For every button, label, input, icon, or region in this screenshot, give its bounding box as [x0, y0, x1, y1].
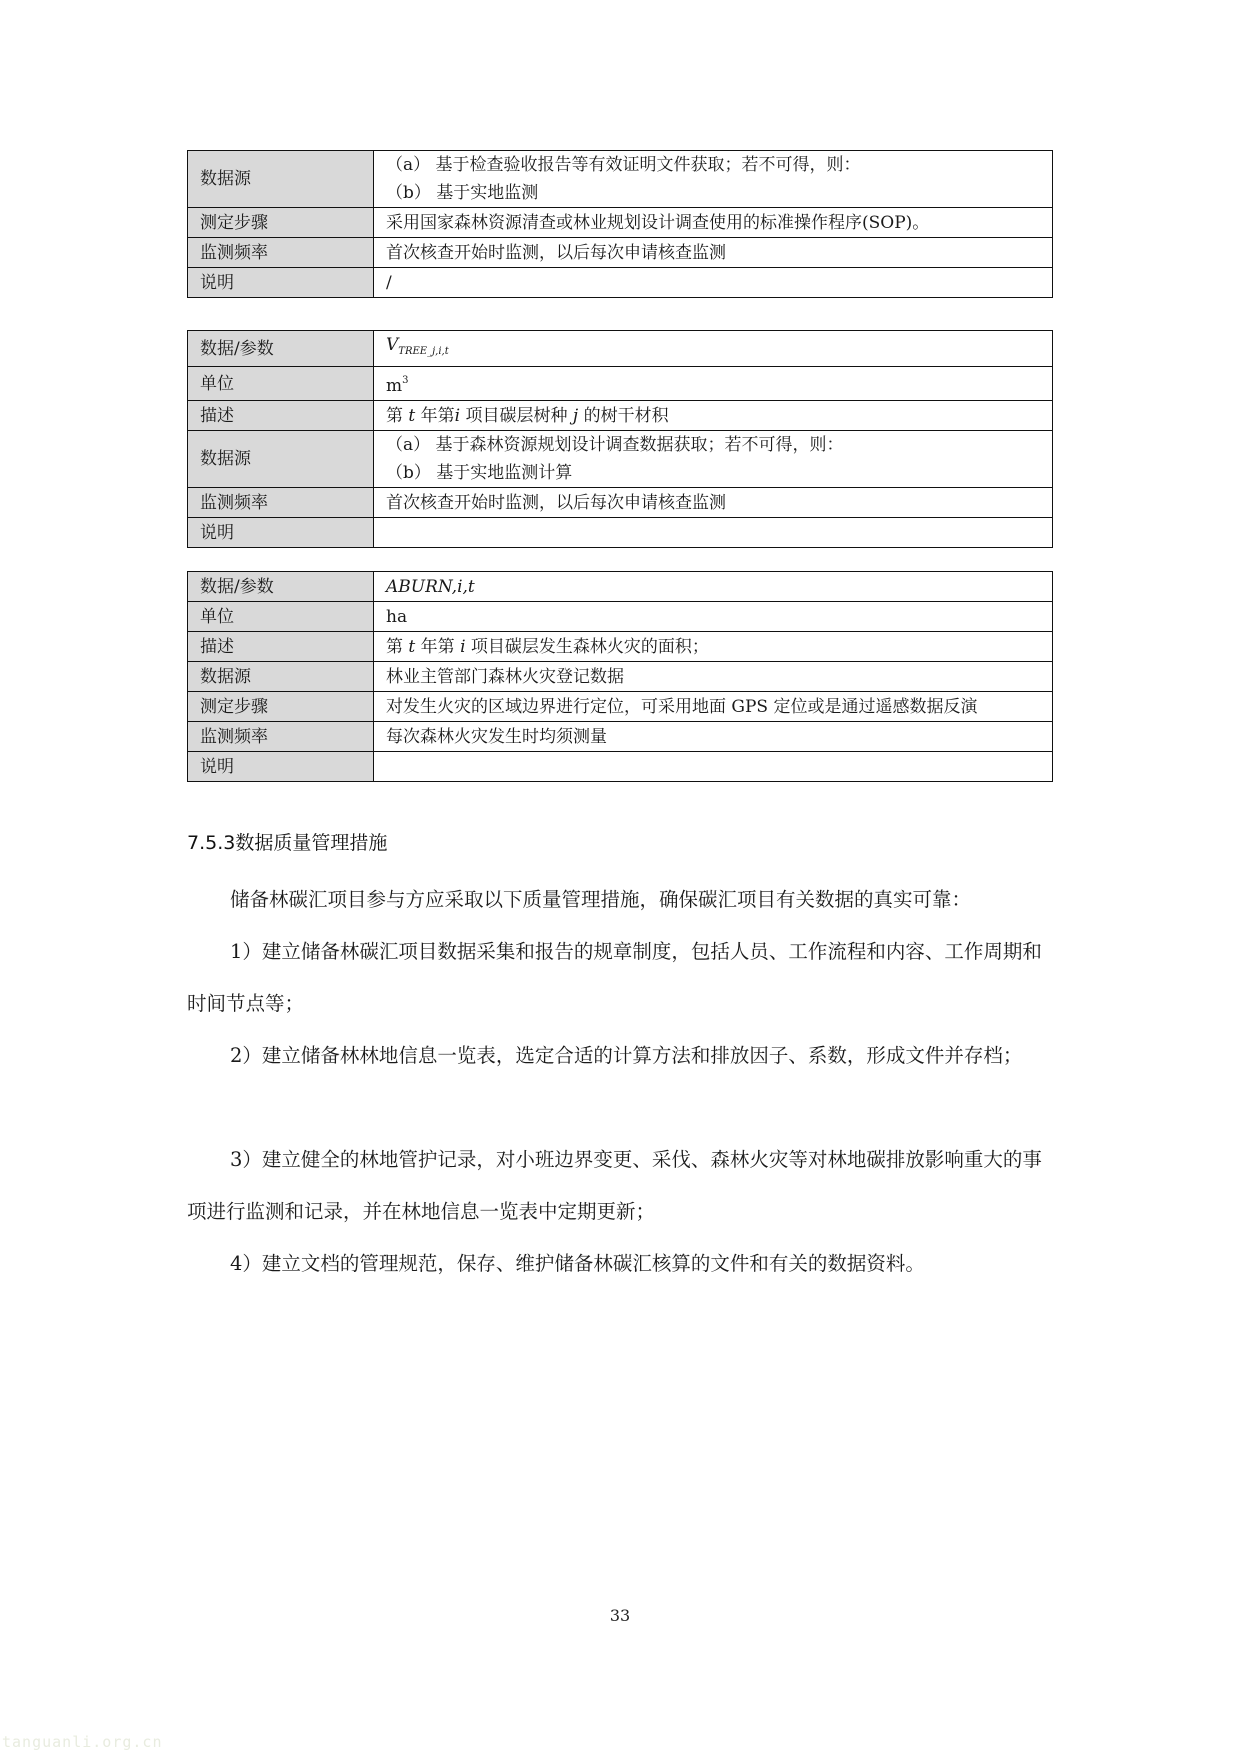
value-line: （b） 基于实地监测 [386, 179, 1052, 207]
watermark: tanguanli.org.cn [2, 1733, 163, 1751]
row-label: 监测频率 [188, 238, 374, 268]
table-row: 测定步骤 对发生火灾的区域边界进行定位，可采用地面 GPS 定位或是通过遥感数据… [188, 692, 1053, 722]
list-item: 1）建立储备林碳汇项目数据采集和报告的规章制度，包括人员、工作流程和内容、工作周… [187, 926, 1053, 1030]
table-row: 数据/参数 VTREE_j,i,t [188, 331, 1053, 367]
row-value: （a） 基于森林资源规划设计调查数据获取；若不可得，则： （b） 基于实地监测计… [374, 431, 1053, 488]
table-row: 监测频率 每次森林火灾发生时均须测量 [188, 722, 1053, 752]
table-row: 测定步骤 采用国家森林资源清查或林业规划设计调查使用的标准操作程序(SOP)。 [188, 208, 1053, 238]
row-label: 说明 [188, 518, 374, 548]
row-label: 测定步骤 [188, 208, 374, 238]
parameter-table-aburn: 数据/参数 ABURN,i,t 单位 ha 描述 第 t 年第 i 项目碳层发生… [187, 571, 1053, 782]
row-value: ha [374, 602, 1053, 632]
row-value: 第 t 年第 i 项目碳层发生森林火灾的面积； [374, 632, 1053, 662]
list-item: 3）建立健全的林地管护记录，对小班边界变更、采伐、森林火灾等对林地碳排放影响重大… [187, 1134, 1053, 1238]
section-heading: 7.5.3数据质量管理措施 [187, 828, 387, 855]
value-line: （a） 基于检查验收报告等有效证明文件获取；若不可得，则： [386, 151, 1052, 179]
value-line: （a） 基于森林资源规划设计调查数据获取；若不可得，则： [386, 431, 1052, 459]
table-row: 监测频率 首次核查开始时监测，以后每次申请核查监测 [188, 238, 1053, 268]
row-label: 单位 [188, 602, 374, 632]
text-part: 的树干材积 [578, 406, 668, 426]
row-label: 数据源 [188, 151, 374, 208]
table-row: 说明 [188, 752, 1053, 782]
intro-paragraph: 储备林碳汇项目参与方应采取以下质量管理措施，确保碳汇项目有关数据的真实可靠： [187, 874, 1053, 926]
table-row: 描述 第 t 年第 i 项目碳层发生森林火灾的面积； [188, 632, 1053, 662]
row-value: （a） 基于检查验收报告等有效证明文件获取；若不可得，则： （b） 基于实地监测 [374, 151, 1053, 208]
row-label: 单位 [188, 367, 374, 401]
table-row: 单位 m3 [188, 367, 1053, 401]
row-label: 数据/参数 [188, 572, 374, 602]
symbol-subscript: TREE_j,i,t [398, 346, 448, 357]
row-label: 数据/参数 [188, 331, 374, 367]
row-label: 描述 [188, 632, 374, 662]
row-label: 数据源 [188, 431, 374, 488]
data-source-table-1: 数据源 （a） 基于检查验收报告等有效证明文件获取；若不可得，则： （b） 基于… [187, 150, 1053, 298]
table-row: 描述 第 t 年第i 项目碳层树种 j 的树干材积 [188, 401, 1053, 431]
row-value: VTREE_j,i,t [374, 331, 1053, 367]
value-line: （b） 基于实地监测计算 [386, 459, 1052, 487]
table-row: 说明 [188, 518, 1053, 548]
row-value [374, 752, 1053, 782]
row-value: 每次森林火灾发生时均须测量 [374, 722, 1053, 752]
row-value: 第 t 年第i 项目碳层树种 j 的树干材积 [374, 401, 1053, 431]
list-item: 2）建立储备林林地信息一览表，选定合适的计算方法和排放因子、系数，形成文件并存档… [187, 1030, 1053, 1082]
table-row: 监测频率 首次核查开始时监测，以后每次申请核查监测 [188, 488, 1053, 518]
text-part: 第 [386, 637, 408, 657]
row-label: 说明 [188, 752, 374, 782]
row-value: 采用国家森林资源清查或林业规划设计调查使用的标准操作程序(SOP)。 [374, 208, 1053, 238]
row-label: 说明 [188, 268, 374, 298]
table-row: 数据/参数 ABURN,i,t [188, 572, 1053, 602]
row-label: 测定步骤 [188, 692, 374, 722]
unit-base: m [386, 376, 402, 396]
table-row: 数据源 林业主管部门森林火灾登记数据 [188, 662, 1053, 692]
row-value [374, 518, 1053, 548]
row-value: 首次核查开始时监测，以后每次申请核查监测 [374, 238, 1053, 268]
row-label: 监测频率 [188, 722, 374, 752]
unit-superscript: 3 [402, 375, 408, 386]
list-item: 4）建立文档的管理规范，保存、维护储备林碳汇核算的文件和有关的数据资料。 [187, 1238, 1053, 1290]
row-value: 首次核查开始时监测，以后每次申请核查监测 [374, 488, 1053, 518]
row-value: 对发生火灾的区域边界进行定位，可采用地面 GPS 定位或是通过遥感数据反演 [374, 692, 1053, 722]
text-part: 项目碳层发生森林火灾的面积； [466, 637, 709, 657]
text-part: 第 [386, 406, 408, 426]
symbol-main: V [386, 335, 398, 355]
text-part: 年第 [415, 406, 454, 426]
table-row: 单位 ha [188, 602, 1053, 632]
row-value: m3 [374, 367, 1053, 401]
row-label: 描述 [188, 401, 374, 431]
row-value: 林业主管部门森林火灾登记数据 [374, 662, 1053, 692]
text-part: 项目碳层树种 [460, 406, 573, 426]
page-number: 33 [0, 1606, 1240, 1625]
table-row: 说明 / [188, 268, 1053, 298]
row-label: 数据源 [188, 662, 374, 692]
text-part: 年第 [415, 637, 460, 657]
table-row: 数据源 （a） 基于森林资源规划设计调查数据获取；若不可得，则： （b） 基于实… [188, 431, 1053, 488]
table-row: 数据源 （a） 基于检查验收报告等有效证明文件获取；若不可得，则： （b） 基于… [188, 151, 1053, 208]
row-value: ABURN,i,t [374, 572, 1053, 602]
parameter-table-vtree: 数据/参数 VTREE_j,i,t 单位 m3 描述 第 t 年第i 项目碳层树… [187, 330, 1053, 548]
row-value: / [374, 268, 1053, 298]
row-label: 监测频率 [188, 488, 374, 518]
